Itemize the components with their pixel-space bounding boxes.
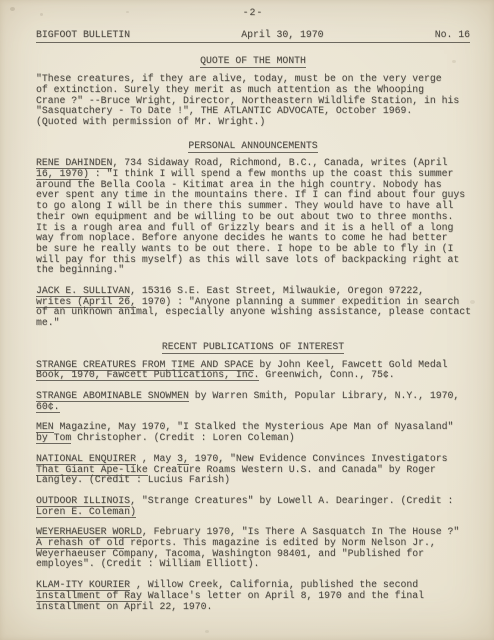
paragraph: MEN Magazine, May 1970, "I Stalked the M… [36,422,470,443]
sections: QUOTE OF THE MONTH"These creatures, if t… [36,56,470,612]
text-line: (Quoted with permission of Mr. Wright.) [36,117,470,128]
paragraph: JACK E. SULLIVAN, 15316 S.E. East Street… [36,286,470,329]
paragraph: STRANGE ABOMINABLE SNOWMEN by Warren Smi… [36,391,470,412]
paragraph: "These creatures, if they are alive, tod… [36,74,470,128]
paragraph: NATIONAL ENQUIRER , May 3, 1970, "New Ev… [36,454,470,486]
masthead-issue: No. 16 [435,30,470,41]
section-heading: PERSONAL ANNOUNCEMENTS [36,141,470,152]
paragraph: OUTDOOR ILLINOIS, "Strange Creatures" by… [36,496,470,517]
section-personal-announcements: PERSONAL ANNOUNCEMENTSRENE DAHINDEN, 734… [36,141,470,329]
masthead: BIGFOOT BULLETIN April 30, 1970 No. 16 [36,30,470,44]
text-line: the beginning." [36,265,470,276]
scan-speck [10,7,15,11]
section-heading: QUOTE OF THE MONTH [36,56,470,67]
text-line: 60¢. [36,402,470,413]
text-line: Loren E. Coleman) [36,507,470,518]
masthead-title: BIGFOOT BULLETIN [36,30,130,41]
paragraph: WEYERHAEUSER WORLD, February 1970, "Is T… [36,527,470,570]
paragraph: KLAM-ITY KOURIER , Willow Creek, Califor… [36,580,470,612]
text-line: OUTDOOR ILLINOIS, "Strange Creatures" by… [36,496,470,507]
scan-speck [470,300,475,304]
text-line: Book, 1970, Fawcett Publications, Inc. G… [36,370,470,381]
text-line: of an unknown animal, especially anyone … [36,307,470,318]
masthead-date: April 30, 1970 [241,30,323,41]
scanned-newsletter-page: -2- BIGFOOT BULLETIN April 30, 1970 No. … [0,0,494,640]
text-line: STRANGE ABOMINABLE SNOWMEN by Warren Smi… [36,391,470,402]
text-line: Langley. (Credit : Lucius Farish) [36,475,470,486]
page-content: -2- BIGFOOT BULLETIN April 30, 1970 No. … [36,8,470,622]
section-recent-publications: RECENT PUBLICATIONS OF INTERESTSTRANGE C… [36,342,470,612]
text-line: employes". (Credit : William Elliott). [36,559,470,570]
text-line: me." [36,318,470,329]
section-heading: RECENT PUBLICATIONS OF INTEREST [36,342,470,353]
scan-speck [205,630,209,633]
page-number: -2- [36,8,470,19]
text-line: installment on April 22, 1970. [36,602,470,613]
paragraph: STRANGE CREATURES FROM TIME AND SPACE by… [36,360,470,381]
section-quote-of-the-month: QUOTE OF THE MONTH"These creatures, if t… [36,56,470,127]
text-line: by Tom Christopher. (Credit : Loren Cole… [36,433,470,444]
paragraph: RENE DAHINDEN, 734 Sidaway Road, Richmon… [36,158,470,276]
